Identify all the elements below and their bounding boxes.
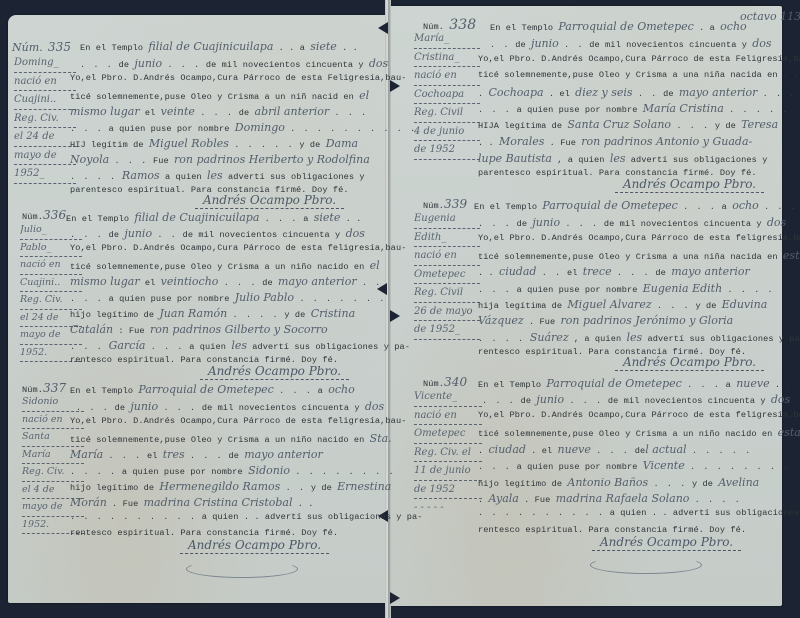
entry-number: Núm.337 bbox=[22, 381, 66, 395]
record-line: Yo,el Pbro. D.Andrés Ocampo,Cura Párroco… bbox=[70, 416, 406, 426]
record-line: En el Templo Parroquial de Ometepec . a … bbox=[490, 20, 747, 33]
record-line: HIJA legítima de Santa Cruz Solano . . .… bbox=[478, 118, 778, 131]
record-line: hijo legítimo de Juan Ramón . . . . y de… bbox=[70, 307, 355, 320]
record-line: . . ciudad . . el trece . . . de mayo an… bbox=[478, 265, 750, 278]
margin-note: Vicente_ nació en Ometepec Reg. Civ. el … bbox=[414, 388, 482, 517]
record-line: rentesco espiritual. Para constancia fir… bbox=[70, 528, 338, 538]
record-line: . . . a quien puse por nombre Vicente . … bbox=[478, 459, 790, 472]
entry-number: Núm.336 bbox=[22, 208, 66, 222]
record-line: . . . . a quien puse por nombre Sidonio … bbox=[70, 464, 395, 477]
record-line: mismo lugar el veinte . . . de abril ant… bbox=[70, 105, 368, 118]
priest-signature: Andrés Ocampo Pbro. bbox=[180, 538, 329, 554]
record-line: rentesco espiritual. Para constancia fir… bbox=[478, 525, 746, 535]
record-line: ticé solemnemente,puse Oleo y Crisma a u… bbox=[70, 259, 380, 272]
record-line: . ciudad . el nueve . . . del actual . .… bbox=[478, 443, 752, 456]
priest-signature: Andrés Ocampo Pbro. bbox=[615, 177, 764, 193]
priest-signature: Andrés Ocampo Pbro. bbox=[592, 535, 741, 551]
signature-flourish bbox=[590, 556, 702, 574]
record-line: Yo,el Pbro. D.Andrés Ocampo,Cura Párroco… bbox=[478, 54, 800, 64]
margin-note: Eugenia Edith_ nació en Ometepec Reg. Ci… bbox=[414, 210, 480, 340]
record-line: . . . . . . . . . . a quien . . advertí … bbox=[478, 508, 800, 518]
priest-signature: Andrés Ocampo Pbro. bbox=[200, 364, 349, 380]
record-line: . . . de junio . . de mil novecientos ci… bbox=[70, 227, 365, 240]
record-line: María . . . el tres . . . de mayo anteri… bbox=[70, 448, 323, 461]
record-line: . . . a quien puse por nombre Julio Pabl… bbox=[70, 291, 386, 304]
record-line: . . . . Ramos a quien les advertí sus ob… bbox=[70, 169, 365, 182]
record-line: hija legítima de Miguel Alvarez . . . y … bbox=[478, 298, 767, 311]
record-line: lupe Bautista , a quien les advertí sus … bbox=[478, 152, 767, 165]
record-line: . . . . . . . . . . a quien . . advertí … bbox=[70, 512, 423, 522]
record-line: ticé solemnemente,puse Oleo y Crisma a u… bbox=[478, 249, 800, 262]
record-line: Yo,el Pbro. D.Andrés Ocampo,Cura Párroco… bbox=[70, 243, 406, 253]
margin-note: Doming_ nació en Cuajini.. Reg. Civ. el … bbox=[14, 54, 76, 184]
priest-signature: Andrés Ocampo Pbro. bbox=[615, 355, 764, 371]
record-line: . . . de junio . . . de mil novecientos … bbox=[478, 216, 786, 229]
record-line: . . . de junio . . . de mil novecientos … bbox=[76, 400, 384, 413]
record-line: mismo lugar el veintiocho . . . de mayo … bbox=[70, 275, 382, 288]
record-line: hijo legítimo de Hermenegildo Ramos . . … bbox=[70, 480, 391, 493]
record-line: Yo,el Pbro. D.Andrés Ocampo,Cura Párroco… bbox=[478, 410, 800, 420]
record-line: . . . a quien puse por nombre Domingo . … bbox=[70, 121, 417, 134]
record-line: . . de junio . . de mil novecientos cinc… bbox=[490, 37, 772, 50]
priest-signature: Andrés Ocampo Pbro. bbox=[195, 193, 344, 209]
record-line: HIJ legítim de Miguel Robles . . . . . y… bbox=[70, 137, 358, 150]
record-line: . Cochoapa . el diez y seis . . de mayo … bbox=[478, 86, 796, 99]
record-line: Morán . Fue madrina Cristina Cristobal .… bbox=[70, 496, 314, 509]
spine-tear bbox=[378, 22, 388, 34]
record-line: En el Templo Parroquial de Ometepec . . … bbox=[478, 377, 791, 390]
margin-note: María_ Cristina_ nació en Cochoapa Reg. … bbox=[414, 30, 480, 160]
record-line: . . . a quien puse por nombre Eugenia Ed… bbox=[478, 282, 774, 295]
book-spine bbox=[385, 0, 391, 618]
record-line: . Ayala . Fue madrina Rafaela Solano . .… bbox=[478, 492, 741, 505]
record-line: hijo legítimo de Antonio Baños . . . y d… bbox=[478, 476, 759, 489]
record-line: . . Morales . Fue ron padrinos Antonio y… bbox=[478, 135, 752, 148]
entry-number: Núm.340 bbox=[423, 375, 467, 389]
record-line: En el Templo filial de Cuajinicuilapa . … bbox=[80, 40, 358, 53]
record-line: Noyola . . . Fue ron padrinos Heriberto … bbox=[70, 153, 370, 166]
spine-tear bbox=[390, 310, 400, 322]
record-line: ticé solemnemente,puse Oleo y Crisma a u… bbox=[70, 89, 369, 102]
record-line: . . . a quien puse por nombre María Cris… bbox=[478, 102, 789, 115]
record-line: Yo,el Pbro. D.Andrés Ocampo,Cura Párroco… bbox=[70, 73, 406, 83]
record-line: . . . García . . . a quien les advertí s… bbox=[70, 339, 410, 352]
record-line: ticé solemnemente,puse Oleo y Crisma a u… bbox=[70, 432, 392, 445]
spine-tear bbox=[390, 592, 400, 604]
header-note: octavo 113 bbox=[740, 10, 800, 23]
record-line: En el Templo Parroquial de Ometepec . . … bbox=[474, 199, 797, 212]
record-line: . . . de junio . . . de mil novecientos … bbox=[482, 393, 790, 406]
signature-flourish bbox=[186, 560, 298, 578]
record-line: . . . . Suárez , a quien les advertí sus… bbox=[478, 331, 800, 344]
record-line: Yo,el Pbro. D.Andrés Ocampo,Cura Párroco… bbox=[478, 233, 800, 243]
record-line: Catalán : Fue ron padrinos Gilberto y So… bbox=[70, 323, 328, 336]
entry-number: Núm. 335 bbox=[12, 40, 71, 54]
record-line: En el Templo filial de Cuajinicuilapa . … bbox=[66, 211, 361, 224]
entry-number: Núm.339 bbox=[423, 197, 467, 211]
record-line: Vázquez . Fue ron padrinos Jerónimo y Gl… bbox=[478, 314, 733, 327]
record-line: En el Templo Parroquial de Ometepec . . … bbox=[70, 383, 355, 396]
record-line: ticé solemnemente,puse Oleo y Crisma a u… bbox=[478, 70, 800, 80]
record-line: ticé solemnemente,puse Oleo y Crisma a u… bbox=[478, 426, 800, 439]
record-line: . . . de junio . . . de mil novecientos … bbox=[80, 57, 388, 70]
